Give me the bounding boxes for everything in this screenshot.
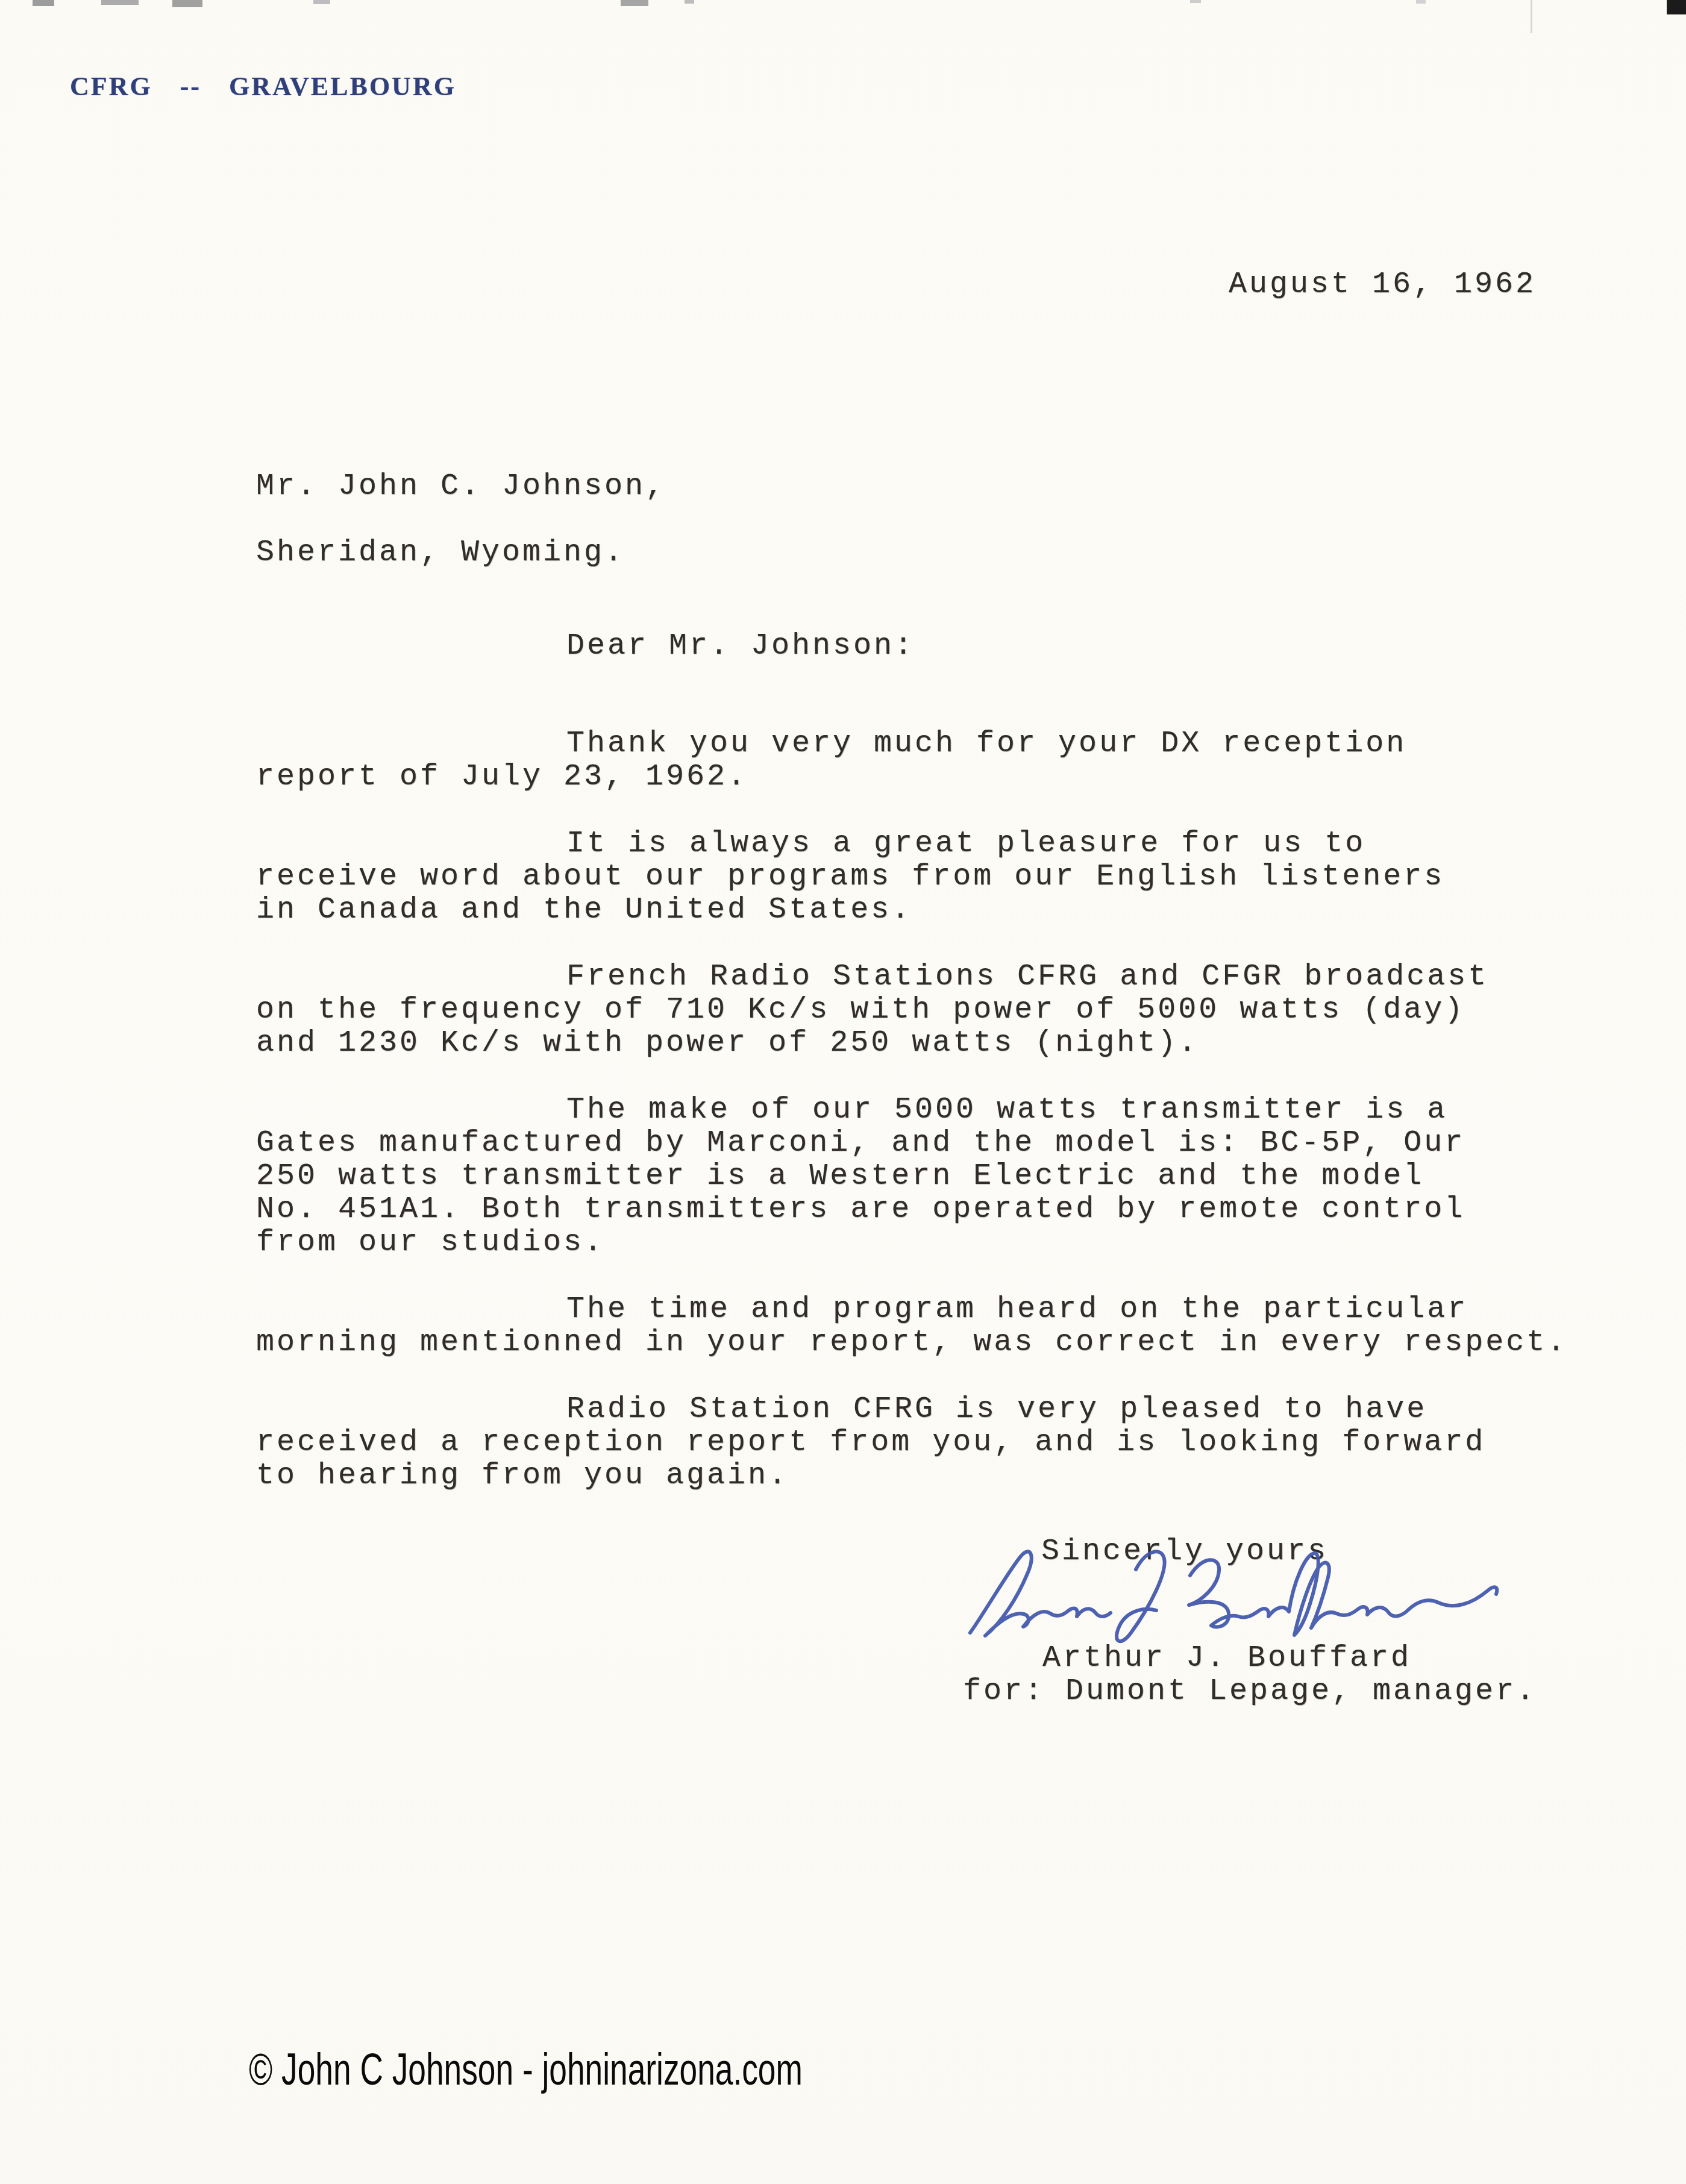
scan-artifact	[313, 0, 330, 4]
body-line: in Canada and the United States.	[256, 893, 1521, 927]
body-line: The make of our 5000 watts transmitter i…	[256, 1094, 1521, 1127]
scan-artifact	[33, 0, 54, 6]
body-line: It is always a great pleasure for us to	[256, 827, 1521, 860]
body-line: French Radio Stations CFRG and CFGR broa…	[256, 960, 1521, 993]
scan-artifact	[1531, 0, 1532, 33]
recipient-city: Sheridan, Wyoming.	[256, 536, 625, 569]
recipient-name: Mr. John C. Johnson,	[256, 470, 666, 503]
body-line: Thank you very much for your DX receptio…	[256, 727, 1521, 760]
body-paragraph: The time and program heard on the partic…	[256, 1293, 1521, 1359]
letterhead-city: GRAVELBOURG	[229, 71, 456, 102]
body-line: from our studios.	[256, 1226, 1521, 1259]
signed-for-line: for: Dumont Lepage, manager.	[963, 1675, 1537, 1708]
body-line: to hearing from you again.	[256, 1459, 1521, 1492]
scan-artifact	[172, 0, 202, 7]
scan-artifact-corner	[1667, 0, 1686, 14]
body-paragraph: Radio Station CFRG is very pleased to ha…	[256, 1393, 1521, 1492]
typed-signer-name: Arthur J. Bouffard	[1042, 1642, 1411, 1675]
signature-arthur-j-bouffard	[949, 1542, 1521, 1657]
letter-body: Thank you very much for your DX receptio…	[256, 727, 1521, 1526]
letterhead-separator: --	[180, 71, 201, 102]
body-line: report of July 23, 1962.	[256, 760, 1521, 793]
letter-date: August 16, 1962	[1229, 268, 1536, 301]
body-line: on the frequency of 710 Kc/s with power …	[256, 993, 1521, 1027]
body-paragraph: French Radio Stations CFRG and CFGR broa…	[256, 960, 1521, 1060]
body-line: The time and program heard on the partic…	[256, 1293, 1521, 1326]
body-line: Gates manufactured by Marconi, and the m…	[256, 1127, 1521, 1160]
body-line: No. 451A1. Both transmitters are operate…	[256, 1193, 1521, 1226]
body-paragraph: Thank you very much for your DX receptio…	[256, 727, 1521, 793]
body-line: received a reception report from you, an…	[256, 1426, 1521, 1459]
body-line: receive word about our programs from our…	[256, 860, 1521, 893]
footer-copyright: © John C Johnson - johninarizona.com	[249, 2044, 803, 2095]
letterhead: CFRG -- GRAVELBOURG	[70, 71, 456, 102]
scan-artifact	[1190, 0, 1201, 3]
scan-artifact	[101, 0, 139, 5]
body-paragraph: It is always a great pleasure for us tor…	[256, 827, 1521, 927]
body-paragraph: The make of our 5000 watts transmitter i…	[256, 1094, 1521, 1259]
body-line: Radio Station CFRG is very pleased to ha…	[256, 1393, 1521, 1426]
scan-artifact	[685, 0, 694, 4]
body-line: and 1230 Kc/s with power of 250 watts (n…	[256, 1027, 1521, 1060]
scan-artifact	[621, 0, 648, 6]
salutation: Dear Mr. Johnson:	[566, 630, 915, 663]
body-line: 250 watts transmitter is a Western Elect…	[256, 1160, 1521, 1193]
letterhead-call-sign: CFRG	[70, 71, 152, 102]
letter-scan-page: CFRG -- GRAVELBOURG August 16, 1962 Mr. …	[0, 0, 1686, 2184]
scan-artifact	[1416, 0, 1426, 4]
body-line: morning mentionned in your report, was c…	[256, 1326, 1521, 1359]
